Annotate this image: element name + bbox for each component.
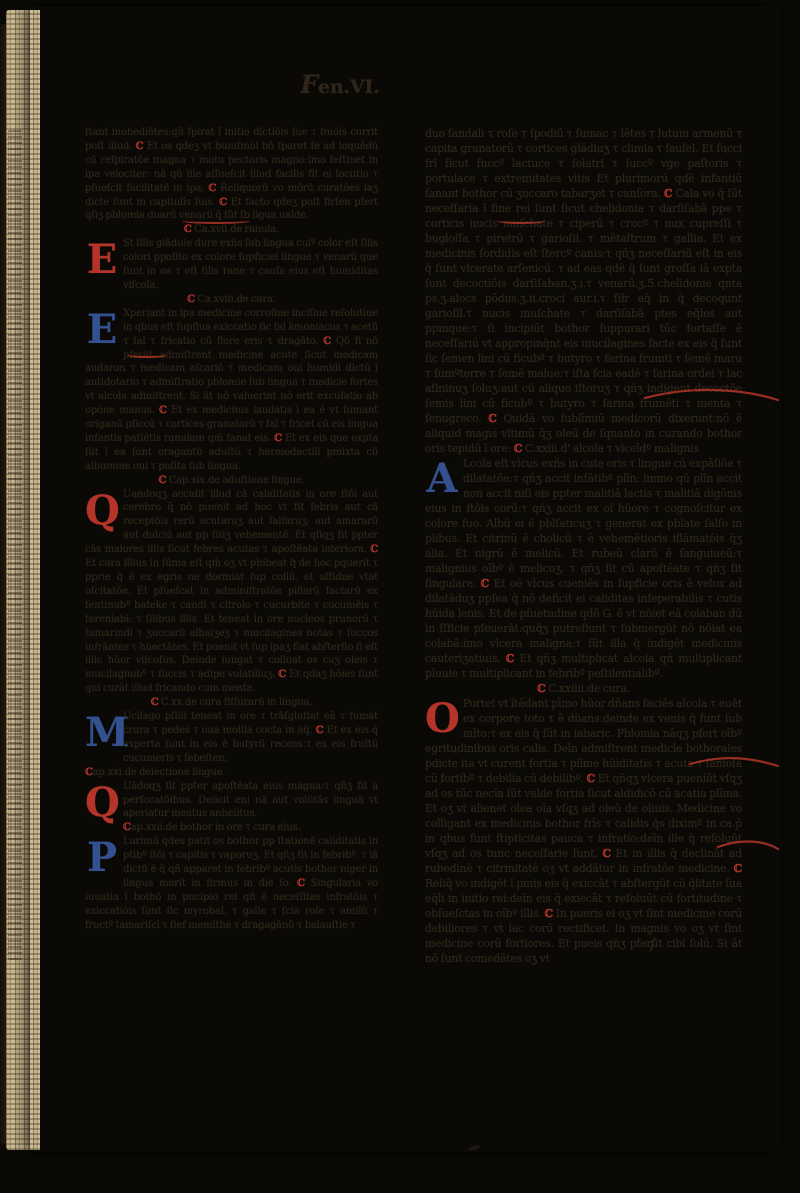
red-pen-underline — [182, 218, 250, 224]
illuminated-initial: E — [85, 309, 119, 351]
text-paragraph: MUcilago pſilii teneat in ore τ trāſglut… — [85, 710, 378, 766]
gutter-showthrough-text — [8, 130, 22, 960]
running-header: Fen.VI. — [280, 70, 400, 99]
quire-signature: ſ — [650, 938, 655, 953]
paragraph-text: Xperiant in ipa medicine corroſiue inciſ… — [85, 308, 378, 472]
text-paragraph: duo ſandali τ roſe τ ſpodiū τ ſumac τ lē… — [425, 126, 742, 456]
paragraph-text: Ucilago pſilii teneat in ore τ trāſgluti… — [123, 711, 378, 764]
illuminated-initial: P — [85, 837, 119, 879]
left-text-column: ſtant inobediētes:qū ſpirat ī initio dic… — [85, 126, 378, 982]
paragraph-text: Lcola eſt vlcus exñs in cute oris τ ling… — [425, 457, 742, 680]
text-paragraph: ſtant inobediētes:qū ſpirat ī initio dic… — [85, 126, 378, 223]
illuminated-initial: E — [85, 239, 119, 281]
chapter-rubric: ℂ Cap.xix.de aduſtione lingue. — [85, 474, 378, 488]
text-paragraph: ALcola eſt vlcus exñs in cute oris τ lin… — [425, 456, 742, 681]
paragraph-text: St ſilis glādule dure exñs ſub lingua cu… — [123, 238, 378, 291]
chapter-rubric: ℂ Ca.xvii.de ranula. — [85, 223, 378, 237]
chapter-rubric: ℂ C.xx.de cura fiſſurarū in lingua. — [85, 696, 378, 710]
book-photo: Fen.VI. ſtant inobediētes:qū ſpirat ī in… — [0, 0, 800, 1193]
chapter-rubric: ℂ Ca.xviii.de cura. — [85, 293, 378, 307]
illuminated-initial: A — [425, 458, 459, 500]
book-page: Fen.VI. ſtant inobediētes:qū ſpirat ī in… — [30, 6, 782, 1152]
text-paragraph: ESt ſilis glādule dure exñs ſub lingua c… — [85, 237, 378, 293]
text-paragraph: QUādoqʒ fit ppter apoſtēata eius magna:τ… — [85, 780, 378, 822]
illuminated-initial: O — [425, 698, 459, 740]
text-paragraph: OPortet vt ītēdant pīmo hūor dñans faciē… — [425, 696, 742, 966]
illuminated-initial: Q — [85, 490, 119, 532]
text-paragraph: QUandoqʒ accidit illud cā caliditatis in… — [85, 488, 378, 697]
paragraph-text: Lurimū qdes patit os bothor pp ſtationē … — [85, 836, 378, 930]
right-text-column: duo ſandali τ roſe τ ſpodiū τ ſumac τ lē… — [425, 126, 742, 982]
illuminated-initial: Q — [85, 782, 119, 824]
paragraph-text: Portet vt ītēdant pīmo hūor dñans faciēs… — [425, 697, 742, 965]
chapter-rubric: ℂap.xxii.de bothor in ore τ cura eius. — [85, 821, 378, 835]
chapter-rubric: ℂ C.xxiiii.de cura. — [425, 681, 742, 696]
paragraph-text: Uādoqʒ fit ppter apoſtēata eius magna:τ … — [123, 781, 378, 820]
illuminated-initial: M — [85, 712, 119, 754]
red-pen-underline — [127, 352, 167, 358]
red-pen-underline — [497, 218, 545, 224]
chapter-rubric: ℂap.xxi.de deiectione lingue. — [85, 766, 378, 780]
ink-smudge — [468, 1145, 480, 1151]
text-paragraph: PLurimū qdes patit os bothor pp ſtationē… — [85, 835, 378, 932]
paragraph-text: Uandoqʒ accidit illud cā caliditatis in … — [85, 489, 378, 695]
text-paragraph: EXperiant in ipa medicine corroſiue inci… — [85, 307, 378, 474]
